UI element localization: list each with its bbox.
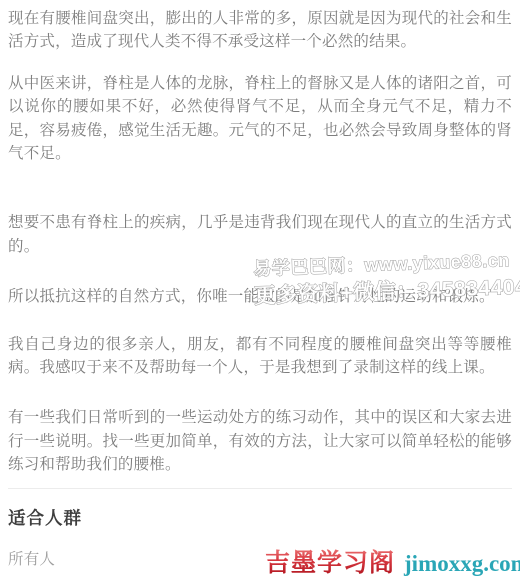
paragraph: 从中医来讲，脊柱是人体的龙脉，脊柱上的督脉又是人体的诸阳之首，可以说你的腰如果不… [8,72,512,166]
article-content: 现在有腰椎间盘突出，膨出的人非常的多，原因就是因为现代的社会和生活方式，造成了现… [0,0,520,571]
section-heading: 适合人群 [8,505,512,531]
paragraph: 有一些我们日常听到的一些运动处方的练习动作，其中的误区和大家去进行一些说明。找一… [8,406,512,476]
paragraph: 所以抵抗这样的自然方式，你唯一能做的是加强针对性的运动和锻炼。 [8,285,512,308]
paragraph: 我自己身边的很多亲人，朋友，都有不同程度的腰椎间盘突出等等腰椎病。我感叹于来不及… [8,333,512,380]
paragraph: 现在有腰椎间盘突出，膨出的人非常的多，原因就是因为现代的社会和生活方式，造成了现… [8,7,512,54]
section-divider [8,488,512,489]
section-body-text: 所有人 [8,548,512,571]
paragraph: 想要不患有脊柱上的疾病，几乎是违背我们现在现代人的直立的生活方式的。 [8,211,512,258]
